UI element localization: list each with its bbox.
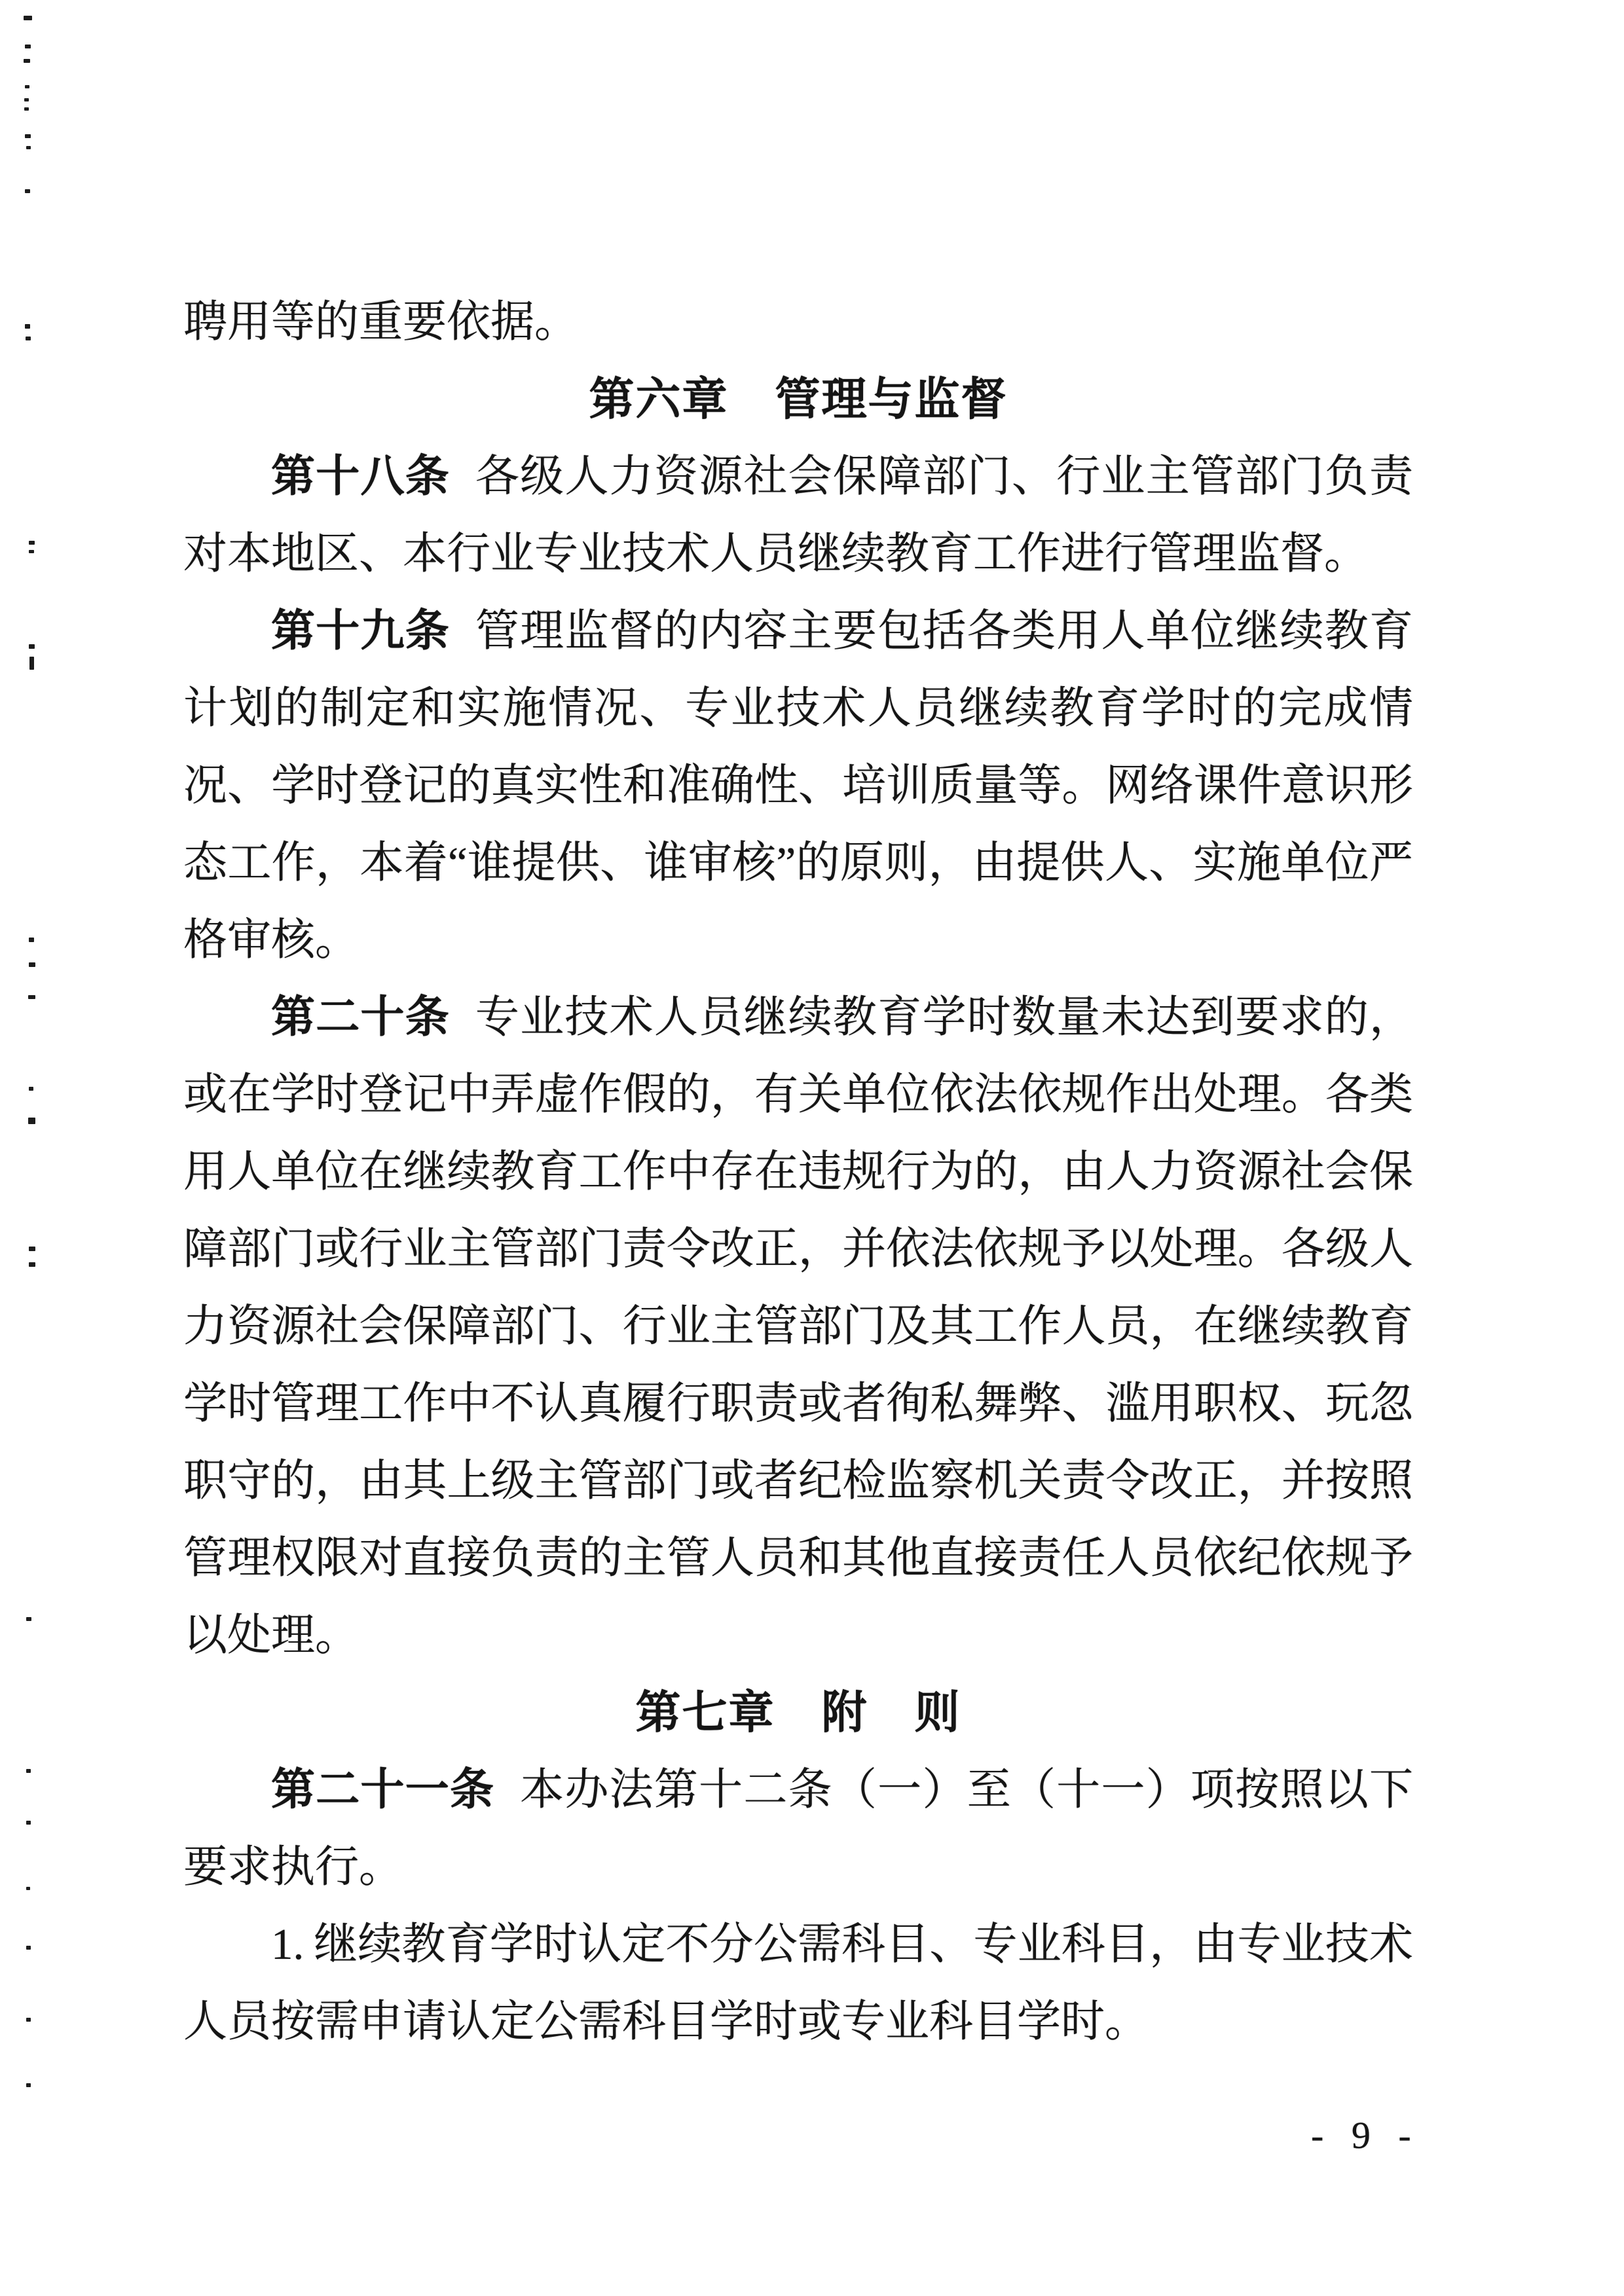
article-19-number: 第十九条 — [271, 607, 450, 655]
scan-artifact — [25, 324, 30, 329]
scan-artifact — [26, 2018, 31, 2022]
article-18-number: 第十八条 — [271, 452, 450, 501]
scan-artifact — [29, 657, 34, 670]
article-20: 第二十条专业技术人员继续教育学时数量未达到要求的，或在学时登记中弄虚作假的，有关… — [183, 979, 1413, 1674]
article-19: 第十九条管理监督的内容主要包括各类用人单位继续教育计划的制定和实施情况、专业技术… — [183, 592, 1413, 979]
scan-artifact — [24, 16, 32, 20]
scan-artifact — [28, 995, 35, 999]
scan-artifact — [26, 1946, 31, 1950]
scan-artifact — [26, 1887, 30, 1890]
scan-artifact — [25, 189, 30, 193]
scan-artifact — [29, 962, 35, 967]
scan-artifact — [29, 938, 34, 942]
scan-artifact — [28, 1118, 35, 1124]
scan-artifact — [29, 1247, 35, 1251]
scan-artifact — [29, 1262, 35, 1267]
scan-artifact — [24, 98, 29, 101]
scan-artifact — [26, 337, 31, 340]
scan-artifact — [26, 1617, 31, 1621]
list-item-1: 1.继续教育学时认定不分公需科目、专业科目，由专业技术人员按需申请认定公需科目学… — [183, 1906, 1413, 2060]
article-20-text: 专业技术人员继续教育学时数量未达到要求的，或在学时登记中弄虚作假的，有关单位依法… — [183, 993, 1413, 1660]
scanned-document-page: 聘用等的重要依据。 第六章 管理与监督 第十八条各级人力资源社会保障部门、行业主… — [0, 0, 1624, 2296]
scan-artifact — [25, 85, 29, 88]
document-body: 聘用等的重要依据。 第六章 管理与监督 第十八条各级人力资源社会保障部门、行业主… — [183, 283, 1413, 2060]
page-number: - 9 - — [1311, 2113, 1420, 2157]
chapter-7-heading: 第七章 附 则 — [183, 1674, 1413, 1751]
scan-artifact — [26, 146, 31, 149]
scan-artifact — [25, 45, 31, 48]
scan-artifact — [26, 1769, 31, 1773]
article-19-text: 管理监督的内容主要包括各类用人单位继续教育计划的制定和实施情况、专业技术人员继续… — [183, 607, 1413, 964]
scan-artifact — [29, 541, 35, 545]
scan-artifact — [24, 59, 30, 63]
scan-artifact — [29, 644, 35, 649]
list-item-1-number: 1. — [271, 1920, 304, 1969]
scan-artifact — [29, 1087, 33, 1091]
scan-artifact — [24, 107, 29, 111]
scan-artifact — [25, 134, 31, 138]
paragraph-continuation: 聘用等的重要依据。 — [183, 283, 1413, 361]
scan-artifact — [26, 2083, 31, 2087]
article-21-number: 第二十一条 — [271, 1766, 494, 1814]
chapter-6-heading: 第六章 管理与监督 — [183, 361, 1413, 438]
article-20-number: 第二十条 — [271, 993, 450, 1042]
list-item-1-text: 继续教育学时认定不分公需科目、专业科目，由专业技术人员按需申请认定公需科目学时或… — [183, 1920, 1413, 2046]
scan-artifact — [26, 1821, 31, 1825]
article-18: 第十八条各级人力资源社会保障部门、行业主管部门负责对本地区、本行业专业技术人员继… — [183, 438, 1413, 592]
scan-artifact — [29, 550, 34, 553]
article-21: 第二十一条本办法第十二条（一）至（十一）项按照以下要求执行。 — [183, 1751, 1413, 1906]
